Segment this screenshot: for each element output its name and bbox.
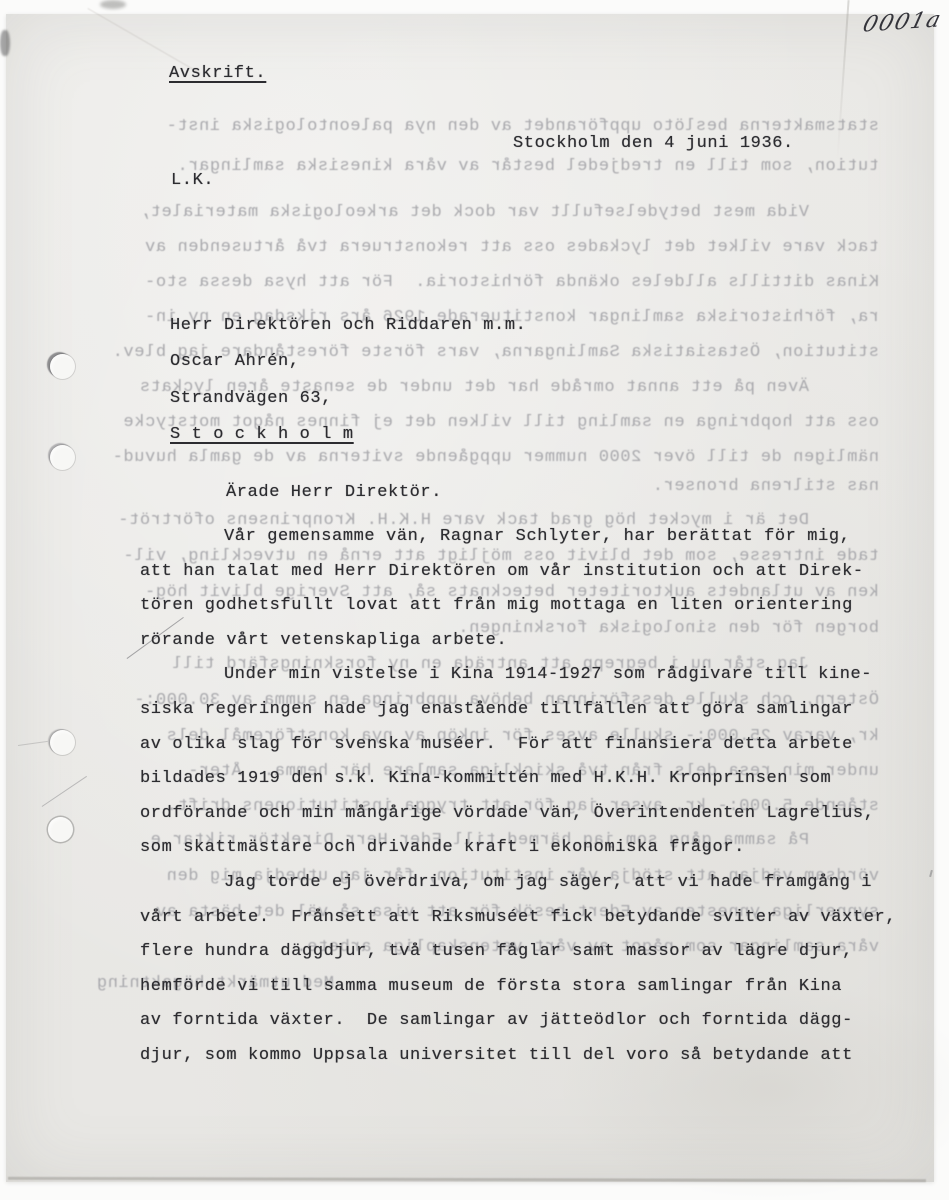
body-line: tören godhetsfullt lovat att från mig mo… — [140, 589, 896, 624]
body-line: djur, som kommo Uppsala universitet till… — [140, 1039, 896, 1074]
recipient-line: Oscar Ahrén, — [170, 344, 526, 380]
reference-initials: L.K. — [171, 171, 214, 190]
punch-hole — [50, 730, 75, 755]
body-line: Jag torde ej överdriva, om jag säger, at… — [140, 866, 896, 901]
place-date-line: Stockholm den 4 juni 1936. — [513, 134, 794, 153]
body-line: av olika slag för svenska muséer. För at… — [140, 728, 896, 763]
letter-body: Vår gemensamme vän, Ragnar Schlyter, har… — [140, 520, 896, 1074]
body-line: att han talat med Herr Direktören om vår… — [140, 555, 896, 590]
body-line: Under min vistelse i Kina 1914-1927 som … — [140, 658, 896, 693]
recipient-line: S t o c k h o l m — [170, 417, 526, 453]
body-line: av forntida växter. De samlingar av jätt… — [140, 1004, 896, 1039]
body-line: som skattmästare och drivande kraft i ek… — [140, 831, 896, 866]
salutation-line: Ärade Herr Direktör. — [226, 483, 442, 502]
punch-hole — [50, 445, 75, 470]
punch-hole — [48, 817, 73, 842]
body-line: bildades 1919 den s.k. Kina-kommittén me… — [140, 762, 896, 797]
body-line: ordförande och min mångårige vördade vän… — [140, 797, 896, 832]
body-line: hemförde vi till samma museum de första … — [140, 970, 896, 1005]
body-line: Vår gemensamme vän, Ragnar Schlyter, har… — [140, 520, 896, 555]
scanned-letter-page: statsmakterna beslöto uppförandet av den… — [0, 0, 949, 1200]
body-line: rörande vårt vetenskapliga arbete. — [140, 624, 896, 659]
recipient-line: Strandvägen 63, — [170, 381, 526, 417]
recipient-address-block: Herr Direktören och Riddaren m.m.Oscar A… — [170, 308, 526, 454]
document-heading: Avskrift. — [169, 64, 266, 83]
body-line: flere hundra däggdjur, två tusen fåglar … — [140, 935, 896, 970]
recipient-line: Herr Direktören och Riddaren m.m. — [170, 308, 526, 344]
body-line: vårt arbete. Frånsett att Riksmuséet fic… — [140, 901, 896, 936]
edge-smudge — [0, 30, 10, 56]
body-line: siska regeringen hade jag enastående til… — [140, 693, 896, 728]
edge-smudge — [100, 0, 126, 9]
punch-hole — [50, 354, 75, 379]
